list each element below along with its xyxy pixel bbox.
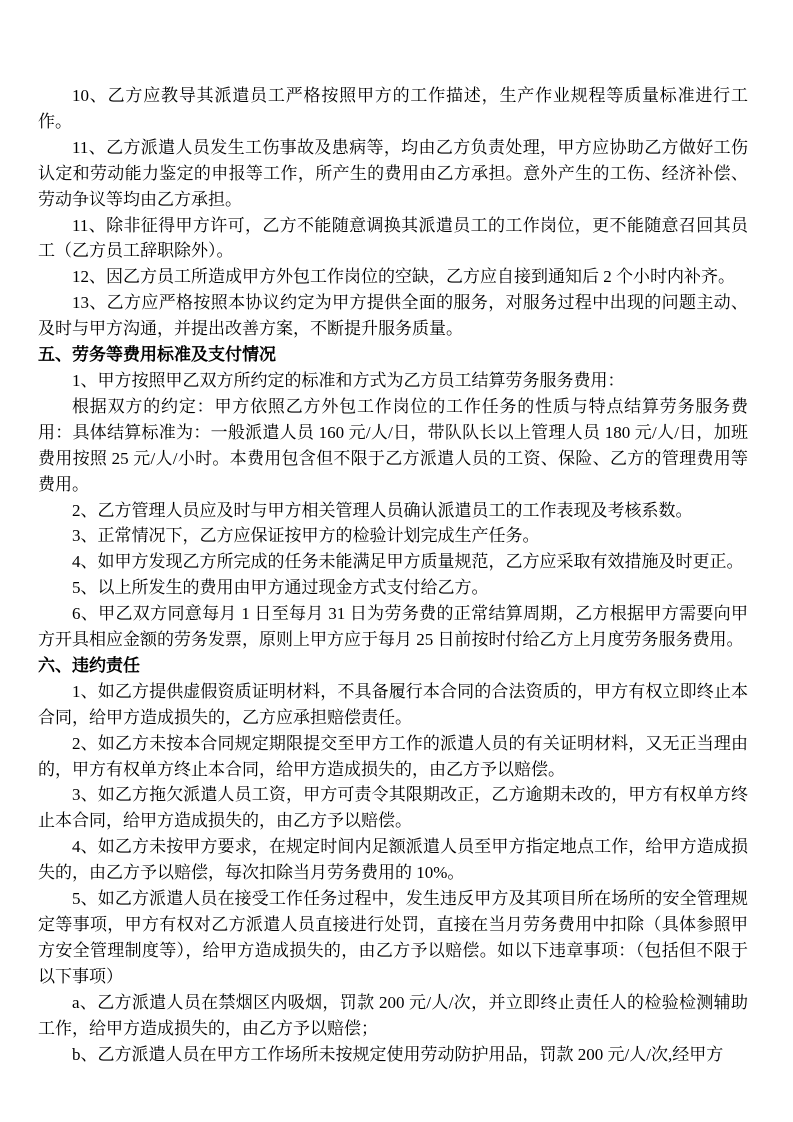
clause-paragraph: 4、如甲方发现乙方所完成的任务未能满足甲方质量规范，乙方应采取有效措施及时更正。 [38,549,748,575]
clause-paragraph: b、乙方派遣人员在甲方工作场所未按规定使用劳动防护用品，罚款 200 元/人/次… [38,1042,748,1068]
clause-paragraph: 12、因乙方员工所造成甲方外包工作岗位的空缺，乙方应自接到通知后 2 个小时内补… [38,264,748,290]
clause-paragraph: 11、除非征得甲方许可，乙方不能随意调换其派遣员工的工作岗位，更不能随意召回其员… [38,213,748,265]
section-heading-5: 五、劳务等费用标准及支付情况 [38,342,748,368]
clause-paragraph: 5、以上所发生的费用由甲方通过现金方式支付给乙方。 [38,575,748,601]
clause-paragraph: 13、乙方应严格按照本协议约定为甲方提供全面的服务，对服务过程中出现的问题主动、… [38,290,748,342]
clause-paragraph: 1、如乙方提供虚假资质证明材料，不具备履行本合同的合法资质的，甲方有权立即终止本… [38,679,748,731]
clause-paragraph: a、乙方派遣人员在禁烟区内吸烟，罚款 200 元/人/次，并立即终止责任人的检验… [38,990,748,1042]
clause-paragraph: 11、乙方派遣人员发生工伤事故及患病等，均由乙方负责处理，甲方应协助乙方做好工伤… [38,135,748,213]
clause-paragraph: 3、正常情况下，乙方应保证按甲方的检验计划完成生产任务。 [38,523,748,549]
clause-paragraph: 10、乙方应教导其派遣员工严格按照甲方的工作描述，生产作业规程等质量标准进行工作… [38,83,748,135]
contract-text-body: 10、乙方应教导其派遣员工严格按照甲方的工作描述，生产作业规程等质量标准进行工作… [38,83,748,1067]
clause-paragraph: 2、如乙方未按本合同规定期限提交至甲方工作的派遣人员的有关证明材料，又无正当理由… [38,731,748,783]
clause-paragraph: 根据双方的约定：甲方依照乙方外包工作岗位的工作任务的性质与特点结算劳务服务费用：… [38,394,748,498]
clause-paragraph: 2、乙方管理人员应及时与甲方相关管理人员确认派遣员工的工作表现及考核系数。 [38,498,748,524]
section-heading-6: 六、违约责任 [38,653,748,679]
clause-paragraph: 3、如乙方拖欠派遣人员工资，甲方可责令其限期改正，乙方逾期未改的，甲方有权单方终… [38,782,748,834]
clause-paragraph: 4、如乙方未按甲方要求，在规定时间内足额派遣人员至甲方指定地点工作，给甲方造成损… [38,834,748,886]
clause-paragraph: 6、甲乙双方同意每月 1 日至每月 31 日为劳务费的正常结算周期，乙方根据甲方… [38,601,748,653]
document-page: 10、乙方应教导其派遣员工严格按照甲方的工作描述，生产作业规程等质量标准进行工作… [0,0,793,1122]
clause-paragraph: 1、甲方按照甲乙双方所约定的标准和方式为乙方员工结算劳务服务费用： [38,368,748,394]
clause-paragraph: 5、如乙方派遣人员在接受工作任务过程中，发生违反甲方及其项目所在场所的安全管理规… [38,886,748,990]
